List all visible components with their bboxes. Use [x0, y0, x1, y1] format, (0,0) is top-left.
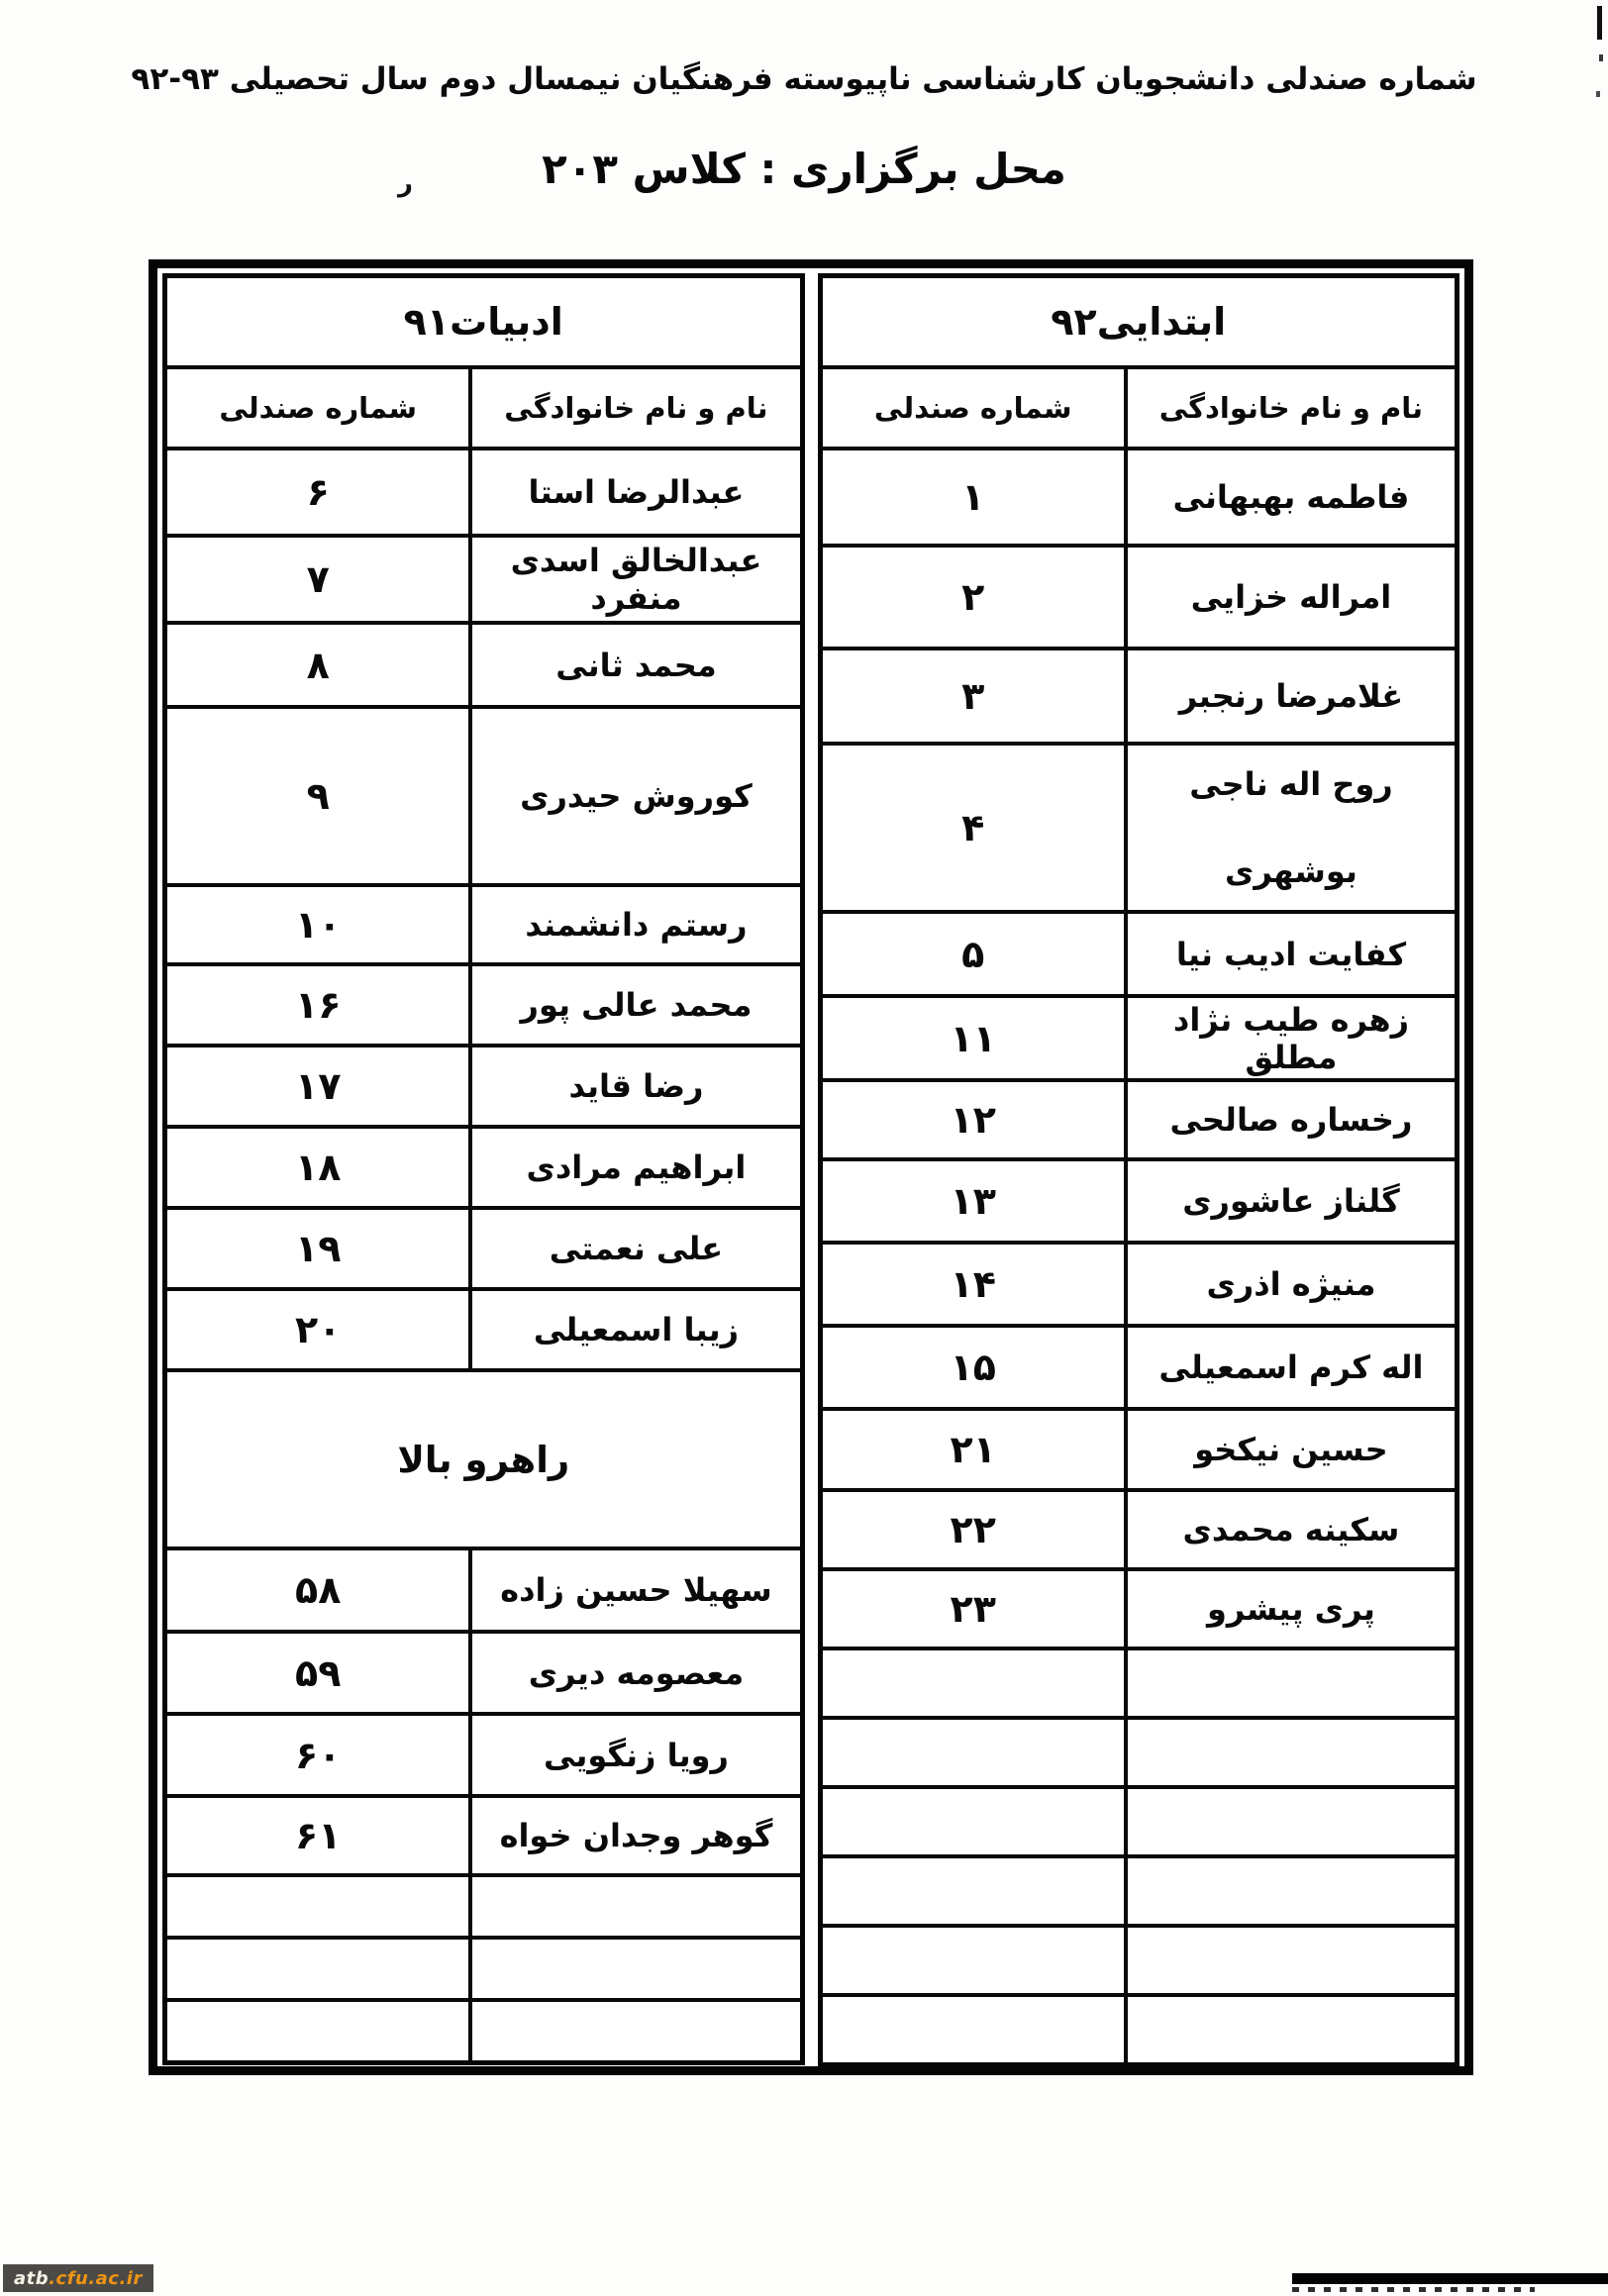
- table-row: ابراهیم مرادی۱۸: [165, 1127, 803, 1208]
- empty-row: [820, 1926, 1457, 1995]
- student-name-cell: عبدالرضا استا: [470, 449, 802, 536]
- seat-number-cell: [165, 1938, 471, 2000]
- seat-number-cell: ۱: [820, 449, 1126, 546]
- seating-table: ابتدایی۹۲ نام و نام خانوادگی شماره صندلی…: [149, 259, 1473, 2075]
- seat-number-cell: ۱۹: [165, 1208, 471, 1289]
- table-row: امراله خزایی۲: [820, 546, 1457, 649]
- seat-number-cell: [820, 1718, 1126, 1787]
- table-row: رستم دانشمند۱۰: [165, 885, 803, 964]
- student-name-cell: ابراهیم مرادی: [470, 1127, 802, 1208]
- table-row: رضا قاید۱۷: [165, 1046, 803, 1127]
- group-header-row: ابتدایی۹۲: [820, 276, 1457, 368]
- table-row: پری پیشرو۲۳: [820, 1569, 1457, 1648]
- seat-number-cell: [820, 1856, 1126, 1926]
- scan-artifact-bottom-bar: [1292, 2273, 1608, 2284]
- student-name-cell: کفایت ادیب نیا: [1126, 912, 1457, 996]
- table-row: سکینه محمدی۲۲: [820, 1490, 1457, 1569]
- table-adabiat-91: ادبیات۹۱ نام و نام خانوادگی شماره صندلی …: [162, 273, 805, 2065]
- name-column-header: نام و نام خانوادگی: [470, 367, 802, 449]
- student-name-cell: حسین نیکخو: [1126, 1409, 1457, 1490]
- adabiat-rows: عبدالرضا استا۶عبدالخالق اسدی منفرد۷محمد …: [165, 449, 803, 2062]
- student-name-cell: [470, 1875, 802, 1938]
- seat-number-cell: ۱۷: [165, 1046, 471, 1127]
- student-name-cell: [1126, 1856, 1457, 1926]
- seat-number-cell: ۱۲: [820, 1080, 1126, 1159]
- watermark-prefix: atb: [14, 2268, 49, 2289]
- seat-number-cell: ۵۹: [165, 1632, 471, 1714]
- seat-number-cell: ۱۸: [165, 1127, 471, 1208]
- table-row: زیبا اسمعیلی۲۰: [165, 1289, 803, 1370]
- seat-number-cell: ۱۳: [820, 1159, 1126, 1243]
- page-title: شماره صندلی دانشجویان کارشناسی ناپیوسته …: [109, 61, 1499, 97]
- table-row: روح اله ناجیبوشهری۴: [820, 744, 1457, 912]
- seat-number-cell: ۱۰: [165, 885, 471, 964]
- seat-number-cell: ۵۸: [165, 1548, 471, 1632]
- seat-number-cell: ۲۱: [820, 1409, 1126, 1490]
- student-name-cell: علی نعمتی: [470, 1208, 802, 1289]
- group-header-row: ادبیات۹۱: [165, 276, 803, 368]
- stray-pen-mark: ر: [398, 168, 413, 198]
- student-name-cell: زیبا اسمعیلی: [470, 1289, 802, 1370]
- student-name-cell: [1126, 1648, 1457, 1718]
- student-name-cell: گلناز عاشوری: [1126, 1159, 1457, 1243]
- empty-row: [820, 1718, 1457, 1787]
- student-name-cell: عبدالخالق اسدی منفرد: [470, 536, 802, 623]
- venue-subtitle: محل برگزاری : کلاس ۲۰۳: [0, 145, 1608, 193]
- seat-column-header: شماره صندلی: [165, 367, 471, 449]
- seat-number-cell: [820, 1787, 1126, 1856]
- student-name-cell: [1126, 1926, 1457, 1995]
- empty-row: [820, 1648, 1457, 1718]
- student-name-cell: اله کرم اسمعیلی: [1126, 1326, 1457, 1409]
- empty-row: [820, 1995, 1457, 2064]
- seat-number-cell: [820, 1926, 1126, 1995]
- table-row: عبدالخالق اسدی منفرد۷: [165, 536, 803, 623]
- table-row: زهره طیب نژاد مطلق۱۱: [820, 996, 1457, 1080]
- student-name-cell: رضا قاید: [470, 1046, 802, 1127]
- student-name-cell: روح اله ناجیبوشهری: [1126, 744, 1457, 912]
- seat-number-cell: ۶۱: [165, 1796, 471, 1875]
- corridor-label: راهرو بالا: [165, 1370, 803, 1548]
- watermark-suffix: .cfu.ac.ir: [49, 2268, 143, 2289]
- student-name-cell: رخساره صالحی: [1126, 1080, 1457, 1159]
- student-name-cell: سکینه محمدی: [1126, 1490, 1457, 1569]
- table-row: معصومه دیری۵۹: [165, 1632, 803, 1714]
- table-row: رخساره صالحی۱۲: [820, 1080, 1457, 1159]
- seat-number-cell: ۱۶: [165, 964, 471, 1046]
- student-name-cell: کوروش حیدری: [470, 707, 802, 885]
- student-name-cell: سهیلا حسین زاده: [470, 1548, 802, 1632]
- empty-row: [165, 1875, 803, 1938]
- student-name-cell: زهره طیب نژاد مطلق: [1126, 996, 1457, 1080]
- corridor-band-row: راهرو بالا: [165, 1370, 803, 1548]
- table-row: گلناز عاشوری۱۳: [820, 1159, 1457, 1243]
- empty-row: [820, 1856, 1457, 1926]
- seat-number-cell: [820, 1648, 1126, 1718]
- student-name-cell: رویا زنگویی: [470, 1714, 802, 1796]
- table-row: حسین نیکخو۲۱: [820, 1409, 1457, 1490]
- table-row: کوروش حیدری۹: [165, 707, 803, 885]
- group-header-adabiat-91: ادبیات۹۱: [165, 276, 803, 368]
- table-row: فاطمه بهبهانی۱: [820, 449, 1457, 546]
- table-row: اله کرم اسمعیلی۱۵: [820, 1326, 1457, 1409]
- empty-row: [165, 2000, 803, 2062]
- column-header-row: نام و نام خانوادگی شماره صندلی: [820, 367, 1457, 449]
- table-row: رویا زنگویی۶۰: [165, 1714, 803, 1796]
- group-header-ebtedaei-92: ابتدایی۹۲: [820, 276, 1457, 368]
- scan-artifact-corner-tick: [1597, 6, 1602, 40]
- table-row: محمد عالی پور۱۶: [165, 964, 803, 1046]
- student-name-cell: [470, 2000, 802, 2062]
- seat-number-cell: ۲۲: [820, 1490, 1126, 1569]
- seat-number-cell: [165, 2000, 471, 2062]
- seat-number-cell: ۳: [820, 649, 1126, 744]
- student-name-cell: امراله خزایی: [1126, 546, 1457, 649]
- empty-row: [820, 1787, 1457, 1856]
- student-name-cell: منیژه اذری: [1126, 1243, 1457, 1326]
- student-name-cell: [470, 1938, 802, 2000]
- table-row: منیژه اذری۱۴: [820, 1243, 1457, 1326]
- seat-number-cell: ۸: [165, 623, 471, 707]
- student-name-cell: رستم دانشمند: [470, 885, 802, 964]
- table-row: کفایت ادیب نیا۵: [820, 912, 1457, 996]
- seat-number-cell: ۹: [165, 707, 471, 885]
- seat-number-cell: ۲۰: [165, 1289, 471, 1370]
- student-name-cell: معصومه دیری: [470, 1632, 802, 1714]
- table-row: سهیلا حسین زاده۵۸: [165, 1548, 803, 1632]
- student-name-line: روح اله ناجی: [1128, 765, 1455, 803]
- ebtedaei-rows: فاطمه بهبهانی۱امراله خزایی۲غلامرضا رنجبر…: [820, 449, 1457, 2064]
- student-name-cell: محمد عالی پور: [470, 964, 802, 1046]
- student-name-cell: غلامرضا رنجبر: [1126, 649, 1457, 744]
- student-name-cell: گوهر وجدان خواه: [470, 1796, 802, 1875]
- seat-number-cell: ۴: [820, 744, 1126, 912]
- table-row: گوهر وجدان خواه۶۱: [165, 1796, 803, 1875]
- scan-artifact-dot: [1599, 54, 1603, 61]
- site-watermark: atb.cfu.ac.ir: [3, 2264, 153, 2292]
- seat-number-cell: [820, 1995, 1126, 2064]
- empty-row: [165, 1938, 803, 2000]
- table-row: علی نعمتی۱۹: [165, 1208, 803, 1289]
- table-row: عبدالرضا استا۶: [165, 449, 803, 536]
- scan-artifact-speckles: [1292, 2287, 1535, 2292]
- seat-column-header: شماره صندلی: [820, 367, 1126, 449]
- seat-number-cell: ۱۱: [820, 996, 1126, 1080]
- seat-number-cell: ۱۴: [820, 1243, 1126, 1326]
- table-row: محمد ثانی۸: [165, 623, 803, 707]
- seat-number-cell: ۱۵: [820, 1326, 1126, 1409]
- seat-number-cell: ۷: [165, 536, 471, 623]
- seat-number-cell: [165, 1875, 471, 1938]
- seat-number-cell: ۶: [165, 449, 471, 536]
- seat-number-cell: ۵: [820, 912, 1126, 996]
- table-row: غلامرضا رنجبر۳: [820, 649, 1457, 744]
- seat-number-cell: ۲: [820, 546, 1126, 649]
- scanned-page: شماره صندلی دانشجویان کارشناسی ناپیوسته …: [0, 0, 1608, 2296]
- student-name-line: بوشهری: [1128, 852, 1455, 890]
- student-name-cell: [1126, 1995, 1457, 2064]
- student-name-cell: [1126, 1718, 1457, 1787]
- name-column-header: نام و نام خانوادگی: [1126, 367, 1457, 449]
- student-name-cell: فاطمه بهبهانی: [1126, 449, 1457, 546]
- student-name-cell: [1126, 1787, 1457, 1856]
- student-name-cell: محمد ثانی: [470, 623, 802, 707]
- table-ebtedaei-92: ابتدایی۹۲ نام و نام خانوادگی شماره صندلی…: [818, 273, 1460, 2067]
- column-header-row: نام و نام خانوادگی شماره صندلی: [165, 367, 803, 449]
- scan-artifact-dot: [1596, 91, 1600, 97]
- seat-number-cell: ۶۰: [165, 1714, 471, 1796]
- student-name-cell: پری پیشرو: [1126, 1569, 1457, 1648]
- seat-number-cell: ۲۳: [820, 1569, 1126, 1648]
